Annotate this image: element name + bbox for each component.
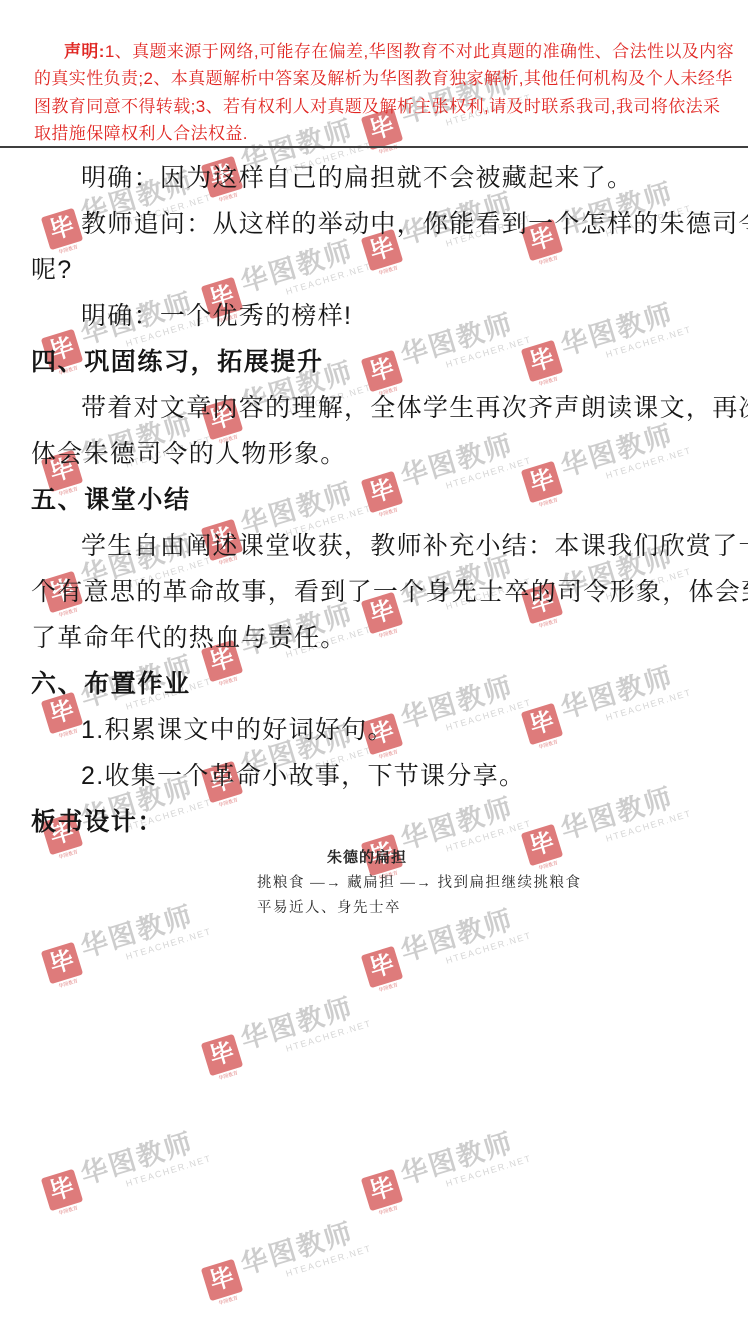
section-heading: 四、巩固练习，拓展提升 bbox=[31, 347, 324, 377]
disclaimer-line: 图教育同意不得转载;3、若有权利人对真题及解析主张权利,请及时联系我司,我司将依… bbox=[34, 93, 716, 120]
section-heading: 板书设计： bbox=[31, 807, 164, 837]
body-line: 明确：因为这样自己的扁担就不会被藏起来了。 bbox=[31, 163, 633, 193]
body-line: 了革命年代的热血与责任。 bbox=[31, 623, 347, 653]
section-heading: 五、课堂小结 bbox=[31, 485, 191, 515]
body-line: 2.收集一个革命小故事，下节课分享。 bbox=[31, 761, 525, 791]
board-traits: 平易近人、身先士卒 bbox=[257, 896, 401, 917]
divider-line bbox=[0, 146, 748, 148]
board-flow: 挑粮食 —→ 藏扁担 —→ 找到扁担继续挑粮食 bbox=[257, 871, 582, 892]
body-line: 带着对文章内容的理解，全体学生再次齐声朗读课文，再次 bbox=[31, 393, 748, 423]
body-line: 教师追问：从这样的举动中，你能看到一个怎样的朱德司令 bbox=[31, 209, 748, 239]
disclaimer-text: 1、真题来源于网络,可能存在偏差,华图教育不对此真题的准确性、合法性以及内容 bbox=[105, 42, 734, 61]
section-heading: 六、布置作业 bbox=[31, 669, 191, 699]
disclaimer: 声明:1、真题来源于网络,可能存在偏差,华图教育不对此真题的准确性、合法性以及内… bbox=[34, 38, 716, 147]
disclaimer-line: 的真实性负责;2、本真题解析中答案及解析为华图教育独家解析,其他任何机构及个人未… bbox=[34, 65, 716, 92]
body-line: 个有意思的革命故事，看到了一个身先士卒的司令形象，体会到 bbox=[31, 577, 748, 607]
body-line: 学生自由阐述课堂收获，教师补充小结：本课我们欣赏了一 bbox=[31, 531, 748, 561]
body-line: 呢? bbox=[31, 255, 73, 285]
disclaimer-label: 声明: bbox=[64, 42, 105, 61]
body-line: 体会朱德司令的人物形象。 bbox=[31, 439, 347, 469]
disclaimer-line: 取措施保障权利人合法权益. bbox=[34, 120, 716, 147]
board-title: 朱德的扁担 bbox=[167, 846, 567, 867]
body-line: 明确：一个优秀的榜样! bbox=[31, 301, 352, 331]
page: 毕华图教育华图教师HTEACHER.NET毕华图教育华图教师HTEACHER.N… bbox=[0, 0, 748, 1335]
disclaimer-line: 声明:1、真题来源于网络,可能存在偏差,华图教育不对此真题的准确性、合法性以及内… bbox=[34, 38, 716, 65]
body-line: 1.积累课文中的好词好句。 bbox=[31, 715, 394, 745]
content: 声明:1、真题来源于网络,可能存在偏差,华图教育不对此真题的准确性、合法性以及内… bbox=[0, 0, 748, 1335]
